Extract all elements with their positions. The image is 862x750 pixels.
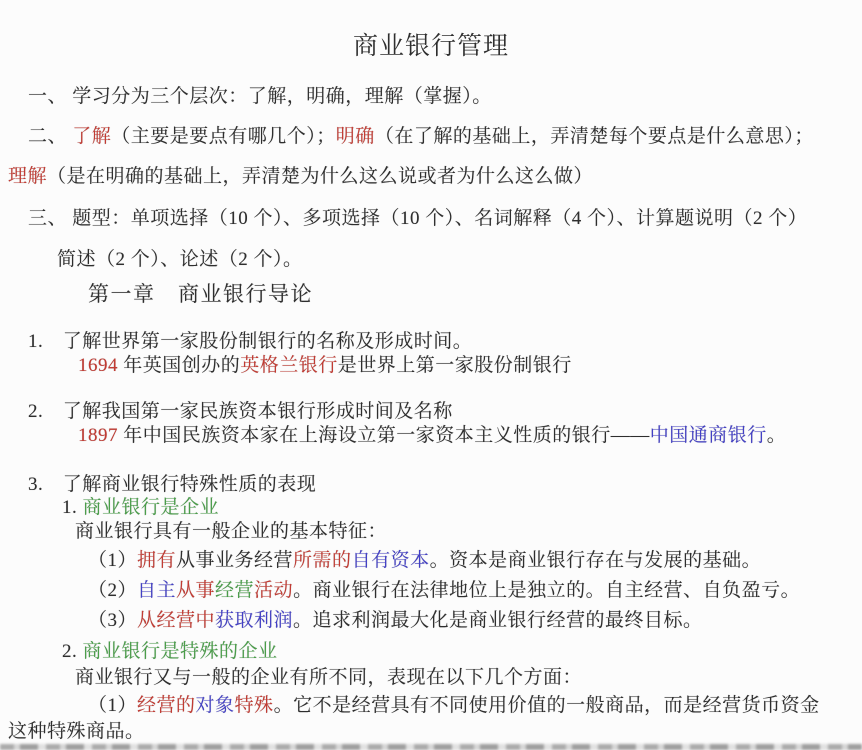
text-segment: 这种特殊商品。	[8, 721, 145, 742]
text-segment: 中国通商银行	[650, 425, 767, 446]
line-question-types: 三、 题型：单项选择（10 个）、多项选择（10 个）、名词解释（4 个）、计算…	[28, 208, 807, 230]
line-special-1-cont: 这种特殊商品。	[8, 721, 145, 743]
line-point-1-heading: 1. 商业银行是企业	[62, 497, 219, 519]
text-segment: 特殊	[235, 695, 274, 716]
line-item-3: 3. 了解商业银行特殊性质的表现	[28, 474, 316, 496]
text-segment: （2）	[88, 580, 137, 601]
line-item-1-answer: 1694 年英国创办的英格兰银行是世界上第一家股份制银行	[78, 355, 572, 377]
line-item-2: 2. 了解我国第一家民族资本银行形成时间及名称	[28, 401, 453, 423]
text-segment: 是世界上第一家股份制银行	[338, 355, 572, 376]
line-study-levels: 一、 学习分为三个层次：了解，明确，理解（掌握）。	[28, 86, 492, 108]
text-segment: 2. 了解我国第一家民族资本银行形成时间及名称	[28, 401, 453, 422]
text-segment: 商业银行是特殊的企业	[83, 641, 278, 662]
text-segment: 商业银行又与一般的企业有所不同，表现在以下几个方面：	[75, 667, 582, 688]
text-segment: 商业银行是企业	[83, 497, 220, 518]
text-segment: 所需的	[293, 550, 352, 571]
text-segment: 理解	[8, 166, 47, 187]
text-segment: 经营的	[137, 695, 196, 716]
line-level-liaojie: 二、 了解（主要是要点有哪几个）；明确（在了解的基础上，弄清楚每个要点是什么意思…	[28, 126, 814, 148]
text-segment: 拥有	[137, 550, 176, 571]
text-segment: 。商业银行在法律地位上是独立的。自主经营、自负盈亏。	[293, 580, 800, 601]
line-item-2-answer: 1897 年中国民族资本家在上海设立第一家资本主义性质的银行——中国通商银行。	[78, 425, 786, 447]
text-segment: 3. 了解商业银行特殊性质的表现	[28, 474, 316, 495]
chapter-heading: 第一章 商业银行导论	[88, 283, 313, 305]
text-segment: 商业银行具有一般企业的基本特征：	[75, 521, 387, 542]
text-segment: （3）	[88, 610, 137, 631]
text-segment: （主要是要点有哪几个）；	[111, 126, 336, 147]
text-segment: 第一章 商业银行导论	[88, 282, 313, 306]
text-segment: 。它不是经营具有不同使用价值的一般商品，而是经营货币资金	[274, 695, 820, 716]
text-segment: 简述（2 个）、论述（2 个）。	[57, 249, 303, 270]
line-point-1-intro: 商业银行具有一般企业的基本特征：	[75, 521, 387, 543]
text-segment: 年中国民族资本家在上海设立第一家资本主义性质的银行——	[118, 425, 650, 446]
text-segment: 二、	[28, 126, 72, 147]
text-segment: （是在明确的基础上，弄清楚为什么这么说或者为什么这么做）	[47, 166, 593, 187]
text-segment: 三、 题型：单项选择（10 个）、多项选择（10 个）、名词解释（4 个）、计算…	[28, 208, 807, 229]
text-segment: 1694	[78, 355, 118, 376]
line-point-2-heading: 2. 商业银行是特殊的企业	[62, 641, 278, 663]
text-segment: 1897	[78, 425, 118, 446]
text-segment: 自主	[137, 580, 176, 601]
text-segment: 1. 了解世界第一家股份制银行的名称及形成时间。	[28, 331, 472, 352]
line-point-2-intro: 商业银行又与一般的企业有所不同，表现在以下几个方面：	[75, 667, 582, 689]
text-segment: 对象	[196, 695, 235, 716]
line-item-1: 1. 了解世界第一家股份制银行的名称及形成时间。	[28, 331, 472, 353]
text-segment: 从事	[176, 580, 215, 601]
text-segment: （1）	[88, 695, 137, 716]
line-feature-1: （1）拥有从事业务经营所需的自有资本。资本是商业银行存在与发展的基础。	[88, 550, 761, 572]
text-segment: （1）	[88, 550, 137, 571]
text-segment: 。	[767, 425, 787, 446]
line-level-lijie: 理解（是在明确的基础上，弄清楚为什么这么说或者为什么这么做）	[8, 166, 593, 188]
text-segment: 获取利润	[215, 610, 293, 631]
line-special-1: （1）经营的对象特殊。它不是经营具有不同使用价值的一般商品，而是经营货币资金	[88, 695, 820, 717]
text-segment: 2.	[62, 641, 83, 662]
text-segment: 英格兰银行	[240, 355, 338, 376]
text-segment: 。追求利润最大化是商业银行经营的最终目标。	[293, 610, 703, 631]
text-segment: 1.	[62, 497, 83, 518]
text-segment: 活动	[254, 580, 293, 601]
text-segment: 了解	[72, 126, 111, 147]
cutoff-next-line-artifact	[0, 744, 862, 750]
document-title: 商业银行管理	[0, 26, 862, 62]
text-segment: 一、 学习分为三个层次：了解，明确，理解（掌握）。	[28, 86, 492, 107]
text-segment: 。资本是商业银行存在与发展的基础。	[430, 550, 762, 571]
document-page: 商业银行管理 一、 学习分为三个层次：了解，明确，理解（掌握）。 二、 了解（主…	[0, 0, 862, 750]
text-segment: 从事业务经营	[176, 550, 293, 571]
line-feature-2: （2）自主从事经营活动。商业银行在法律地位上是独立的。自主经营、自负盈亏。	[88, 580, 800, 602]
line-feature-3: （3）从经营中获取利润。追求利润最大化是商业银行经营的最终目标。	[88, 610, 703, 632]
line-question-types-cont: 简述（2 个）、论述（2 个）。	[57, 249, 303, 271]
text-segment: 明确	[336, 126, 375, 147]
text-segment: 经营	[215, 580, 254, 601]
text-segment: 自有资本	[352, 550, 430, 571]
text-segment: （在了解的基础上，弄清楚每个要点是什么意思）；	[375, 126, 814, 147]
text-segment: 从经营中	[137, 610, 215, 631]
text-segment: 年英国创办的	[118, 355, 240, 376]
